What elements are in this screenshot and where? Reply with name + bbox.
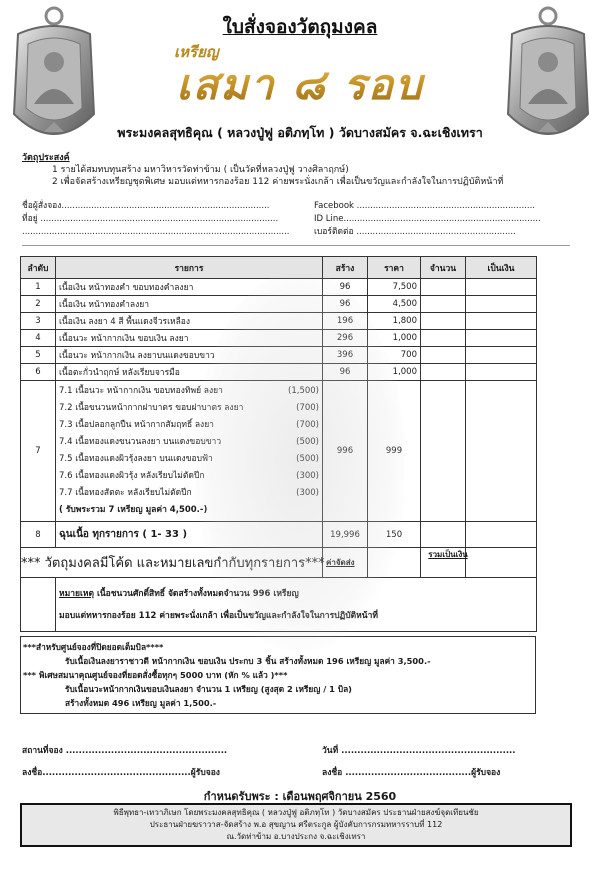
row-qty-input[interactable] xyxy=(421,330,466,347)
table-header-row: ลำดับ รายการ สร้าง ราคา จำนวน เป็นเงิน xyxy=(21,257,537,279)
row-amount-input[interactable] xyxy=(466,279,537,296)
purpose-section: วัตถุประสงค์ 1 รายได้สมทบทุนสร้าง มหาวิห… xyxy=(22,150,503,188)
row-7-subitem: 7.1 เนื้อนวะ หน้ากากเงิน ขอบทองทิพย์ ลงย… xyxy=(59,383,319,400)
row-no: 2 xyxy=(21,296,56,313)
remark-line1: เนื้อชนวนศักดิ์สิทธิ์ จัดสร้างทั้งหมดจำน… xyxy=(94,589,299,599)
row-7-subitem: 7.4 เนื้อทองแดงขนวนลงยา บนแดงขอบขาว(500) xyxy=(59,434,319,451)
row-price: 1,000 xyxy=(368,364,421,381)
remark-row: หมายเหตุ เนื้อชนวนศักดิ์สิทธิ์ จัดสร้างท… xyxy=(21,578,537,632)
booking-place-field[interactable]: สถานที่จอง .............................… xyxy=(22,740,322,762)
row-7-subitem: 7.3 เนื้อปลอกลูกปืน หน้ากากสัมฤทธิ์ ลงยา… xyxy=(59,417,319,434)
row-amount-input[interactable] xyxy=(466,522,537,548)
monk-line: พระมงคลสุทธิคุณ ( หลวงปู่ฟู อติภทฺโท ) ว… xyxy=(0,123,600,143)
date-field[interactable]: วันที่ .................................… xyxy=(322,740,516,762)
signature-right-field[interactable]: ลงชื่อ .................................… xyxy=(322,762,500,784)
table-row: 3เนื้อเงิน ลงยา 4 สี พื้นแดงจีวรเหลือง19… xyxy=(21,313,537,330)
row-7-subitem: 7.2 เนื้อขนวนหน้ากากฝาบาตร ขอบฝาบาตร ลงย… xyxy=(59,400,319,417)
subitem-count: (500) xyxy=(296,434,319,451)
subitem-count: (1,500) xyxy=(288,383,319,400)
subitem-count: (300) xyxy=(296,485,319,502)
row-price: 1,800 xyxy=(368,313,421,330)
row-price: 700 xyxy=(368,347,421,364)
row-price: 999 xyxy=(368,381,421,522)
col-header-price: ราคา xyxy=(368,257,421,279)
row-price: 150 xyxy=(368,522,421,548)
signature-section: สถานที่จอง .............................… xyxy=(22,740,562,784)
row-amount-input[interactable] xyxy=(466,381,537,522)
row-no: 6 xyxy=(21,364,56,381)
col-header-built: สร้าง xyxy=(323,257,368,279)
row-item: เนื้อเงิน หน้าทองคำลงยา xyxy=(56,296,323,313)
promo-line: ***สำหรับศูนย์จองที่ปิดยอดเต็มบิล**** xyxy=(23,640,533,654)
ceremony-info-box: พิธีพุทธา-เทวาภิเษก โดยพระมงคลสุทธิคุณ (… xyxy=(20,803,572,847)
row-no: 4 xyxy=(21,330,56,347)
footer-line: ประธานฝ่ายฆราวาส-จัดสร้าง พ.อ สุขญาน ศรี… xyxy=(22,819,570,831)
subitem-label: 7.6 เนื้อทองแดงผิวรุ้ง หลังเรียบไม่ตัดปี… xyxy=(59,468,205,485)
row-7-summary: ( รับพระรวม 7 เหรียญ มูลค่า 4,500.-) xyxy=(59,502,319,519)
subitem-label: 7.4 เนื้อทองแดงขนวนลงยา บนแดงขอบขาว xyxy=(59,434,221,451)
subitem-label: 7.3 เนื้อปลอกลูกปืน หน้ากากสัมฤทธิ์ ลงยา xyxy=(59,417,214,434)
shipping-label: ค่าจัดส่ง xyxy=(323,548,368,578)
address-field[interactable]: ที่อยู่ ................................… xyxy=(22,213,314,226)
row-item: เนื้อนวะ หน้ากากเงิน ขอบเงิน ลงยา xyxy=(56,330,323,347)
shipping-value-input[interactable] xyxy=(368,548,421,578)
code-note: *** วัตถุมงคลมีโค้ด และหมายเลขกำกับทุกรา… xyxy=(21,548,323,578)
subitem-label: 7.1 เนื้อนวะ หน้ากากเงิน ขอบทองทิพย์ ลงย… xyxy=(59,383,223,400)
table-row: 5เนื้อนวะ หน้ากากเงิน ลงยาบนแดงขอบขาว396… xyxy=(21,347,537,364)
subitem-count: (300) xyxy=(296,468,319,485)
line-id-field[interactable]: ID Line.................................… xyxy=(314,213,554,226)
row-qty-input[interactable] xyxy=(421,313,466,330)
row-7-subitem: 7.6 เนื้อทองแดงผิวรุ้ง หลังเรียบไม่ตัดปี… xyxy=(59,468,319,485)
document-title: ใบสั่งจองวัตถุมงคล xyxy=(0,12,600,42)
row-item: ฉุนเนื้อ ทุกรายการ ( 1- 33 ) xyxy=(56,522,323,548)
row-amount-input[interactable] xyxy=(466,364,537,381)
row-item: เนื้อเงิน หน้าทองคำ ขอบทองคำลงยา xyxy=(56,279,323,296)
footer-line: ณ.วัดท่าข้าม อ.บางประกง จ.ฉะเชิงเทรา xyxy=(22,831,570,843)
row-no: 5 xyxy=(21,347,56,364)
row-built: 96 xyxy=(323,296,368,313)
row-no: 7 xyxy=(21,381,56,522)
row-amount-input[interactable] xyxy=(466,296,537,313)
footer-line: พิธีพุทธา-เทวาภิเษก โดยพระมงคลสุทธิคุณ (… xyxy=(22,807,570,819)
row-qty-input[interactable] xyxy=(421,364,466,381)
row-built: 96 xyxy=(323,364,368,381)
row-price: 1,000 xyxy=(368,330,421,347)
row-qty-input[interactable] xyxy=(421,522,466,548)
row-amount-input[interactable] xyxy=(466,347,537,364)
purpose-item: 1 รายได้สมทบทุนสร้าง มหาวิหารวัดท่าข้าม … xyxy=(22,164,503,176)
remark-spacer xyxy=(21,578,56,632)
orderer-name-field[interactable]: ชื่อผู้สั่งจอง..........................… xyxy=(22,200,314,213)
promotion-box: ***สำหรับศูนย์จองที่ปิดยอดเต็มบิล**** รั… xyxy=(20,636,536,714)
row-built: 396 xyxy=(323,347,368,364)
col-header-amount: เป็นเงิน xyxy=(466,257,537,279)
divider xyxy=(22,245,570,246)
row-7-subitem: 7.7 เนื้อทองสัตตะ หลังเรียบไม่ตัดปีก(300… xyxy=(59,485,319,502)
promo-line: *** พิเศษสมนาคุณศูนย์จองที่ยอดสั่งซื้อทุ… xyxy=(23,668,533,682)
row-price: 7,500 xyxy=(368,279,421,296)
row-no: 8 xyxy=(21,522,56,548)
order-table: ลำดับ รายการ สร้าง ราคา จำนวน เป็นเงิน 1… xyxy=(20,256,537,632)
row-qty-input[interactable] xyxy=(421,347,466,364)
subitem-count: (700) xyxy=(296,400,319,417)
row-qty-input[interactable] xyxy=(421,381,466,522)
col-header-order: ลำดับ xyxy=(21,257,56,279)
row-built: 96 xyxy=(323,279,368,296)
remark-cell: หมายเหตุ เนื้อชนวนศักดิ์สิทธิ์ จัดสร้างท… xyxy=(56,578,537,632)
row-no: 1 xyxy=(21,279,56,296)
promo-line: สร้างทั้งหมด 496 เหรียญ มูลค่า 1,500.- xyxy=(23,696,533,710)
row-qty-input[interactable] xyxy=(421,279,466,296)
row-item: เนื้อนวะ หน้ากากเงิน ลงยาบนแดงขอบขาว xyxy=(56,347,323,364)
table-row: 2เนื้อเงิน หน้าทองคำลงยา964,500 xyxy=(21,296,537,313)
total-value-input[interactable] xyxy=(466,548,537,578)
table-row: 6เนื้อตะกั่วนำฤกษ์ หลังเรียบจารมือ961,00… xyxy=(21,364,537,381)
signature-left-field[interactable]: ลงชื่อ..................................… xyxy=(22,762,322,784)
table-row: 4เนื้อนวะ หน้ากากเงิน ขอบเงิน ลงยา2961,0… xyxy=(21,330,537,347)
row-built: 196 xyxy=(323,313,368,330)
row-no: 3 xyxy=(21,313,56,330)
table-row-7: 7 7.1 เนื้อนวะ หน้ากากเงิน ขอบทองทิพย์ ล… xyxy=(21,381,537,522)
row-item: เนื้อเงิน ลงยา 4 สี พื้นแดงจีวรเหลือง xyxy=(56,313,323,330)
remark-label: หมายเหตุ xyxy=(59,589,94,599)
col-header-qty: จำนวน xyxy=(421,257,466,279)
row-7-subitems: 7.1 เนื้อนวะ หน้ากากเงิน ขอบทองทิพย์ ลงย… xyxy=(56,381,323,522)
subitem-count: (500) xyxy=(296,451,319,468)
purpose-item: 2 เพื่อจัดสร้างเหรียญชุดพิเศษ มอบแด่ทหาร… xyxy=(22,176,503,188)
row-built: 296 xyxy=(323,330,368,347)
subitem-label: 7.7 เนื้อทองสัตตะ หลังเรียบไม่ตัดปีก xyxy=(59,485,192,502)
row-amount-input[interactable] xyxy=(466,313,537,330)
promo-line: รับเนื้อนวะหน้ากากเงินขอบเงินลงยา จำนวน … xyxy=(23,682,533,696)
row-7-subitem: 7.5 เนื้อทองแดงผิวรุ้งลงยา บนแดงขอบฟ้า(5… xyxy=(59,451,319,468)
address-line2-field[interactable]: ........................................… xyxy=(22,226,314,239)
promo-line: รับเนื้อเงินลงยาราชาวดี หน้ากากเงิน ขอบเ… xyxy=(23,654,533,668)
row-amount-input[interactable] xyxy=(466,330,537,347)
row-qty-input[interactable] xyxy=(421,296,466,313)
table-row-8: 8 ฉุนเนื้อ ทุกรายการ ( 1- 33 ) 19,996 15… xyxy=(21,522,537,548)
row-price: 4,500 xyxy=(368,296,421,313)
facebook-field[interactable]: Facebook ...............................… xyxy=(314,200,554,213)
orderer-form: ชื่อผู้สั่งจอง..........................… xyxy=(22,200,562,239)
col-header-item: รายการ xyxy=(56,257,323,279)
remark-line2: มอบแด่ทหารกองร้อย 112 ค่ายพระนั่งเกล้า เ… xyxy=(59,605,533,627)
subitem-label: 7.5 เนื้อทองแดงผิวรุ้งลงยา บนแดงขอบฟ้า xyxy=(59,451,213,468)
table-row: 1เนื้อเงิน หน้าทองคำ ขอบทองคำลงยา967,500 xyxy=(21,279,537,296)
coin-name-title: เสมา ๘ รอบ xyxy=(0,52,600,118)
phone-field[interactable]: เบอร์ติดต่อ ............................… xyxy=(314,226,554,239)
row-built: 19,996 xyxy=(323,522,368,548)
purpose-heading: วัตถุประสงค์ xyxy=(22,150,503,164)
total-label-text: รวมเป็นเงิน xyxy=(424,548,472,561)
subitem-count: (700) xyxy=(296,417,319,434)
subitem-label: 7.2 เนื้อขนวนหน้ากากฝาบาตร ขอบฝาบาตร ลงย… xyxy=(59,400,243,417)
row-item: เนื้อตะกั่วนำฤกษ์ หลังเรียบจารมือ xyxy=(56,364,323,381)
row-built: 996 xyxy=(323,381,368,522)
